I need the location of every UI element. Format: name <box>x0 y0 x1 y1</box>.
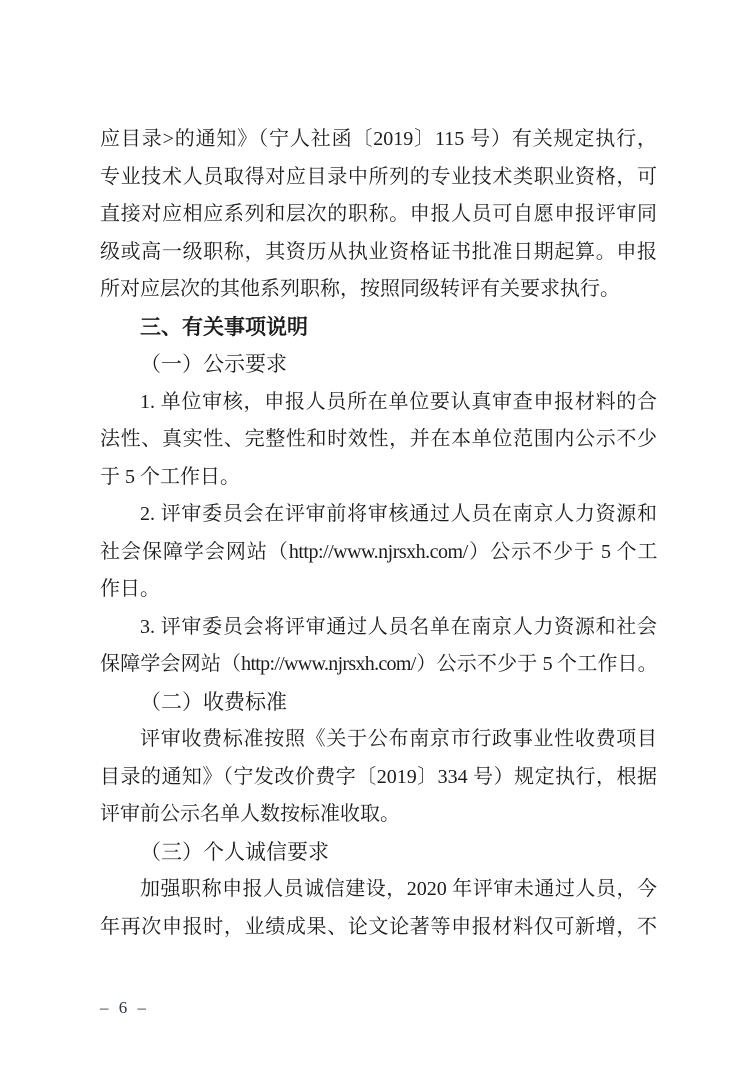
document-body: 应目录>的通知》（宁人社函〔2019〕115 号）有关规定执行， 专业技术人员取… <box>100 121 657 946</box>
heading-section-3: 三、有关事项说明 <box>100 309 657 347</box>
text-line: 作日。 <box>100 571 657 609</box>
heading-item-1: （一）公示要求 <box>100 346 657 384</box>
text-line: 评审前公示名单人数按标准收取。 <box>100 796 657 834</box>
page-number: – 6 – <box>100 997 149 1019</box>
text-line: 应目录>的通知》（宁人社函〔2019〕115 号）有关规定执行， <box>100 121 657 159</box>
text-line: 于 5 个工作日。 <box>100 459 657 497</box>
text-line: 加强职称申报人员诚信建设，2020 年评审未通过人员，今 <box>100 871 657 909</box>
text-line: 年再次申报时，业绩成果、论文论著等申报材料仅可新增，不 <box>100 909 657 947</box>
text-line: 1. 单位审核，申报人员所在单位要认真审查申报材料的合 <box>100 384 657 422</box>
heading-item-3: （三）个人诚信要求 <box>100 834 657 872</box>
text-line-with-url: 社会保障学会网站（http://www.njrsxh.com/）公示不少于 5 … <box>100 534 657 572</box>
heading-item-2: （二）收费标准 <box>100 684 657 722</box>
text-line: 级或高一级职称，其资历从执业资格证书批准日期起算。申报 <box>100 234 657 272</box>
text-line: 专业技术人员取得对应目录中所列的专业技术类职业资格，可 <box>100 159 657 197</box>
text-line: 3. 评审委员会将评审通过人员名单在南京人力资源和社会 <box>100 609 657 647</box>
text-line: 直接对应相应系列和层次的职称。申报人员可自愿申报评审同 <box>100 196 657 234</box>
text-line: 所对应层次的其他系列职称，按照同级转评有关要求执行。 <box>100 271 657 309</box>
text-line: 2. 评审委员会在评审前将审核通过人员在南京人力资源和 <box>100 496 657 534</box>
text-line: 评审收费标准按照《关于公布南京市行政事业性收费项目 <box>100 721 657 759</box>
text-line: 法性、真实性、完整性和时效性，并在本单位范围内公示不少 <box>100 421 657 459</box>
text-line: 目录的通知》（宁发改价费字〔2019〕334 号）规定执行，根据 <box>100 759 657 797</box>
document-page: 应目录>的通知》（宁人社函〔2019〕115 号）有关规定执行， 专业技术人员取… <box>0 0 756 1074</box>
text-line-with-url: 保障学会网站（http://www.njrsxh.com/）公示不少于 5 个工… <box>100 646 657 684</box>
